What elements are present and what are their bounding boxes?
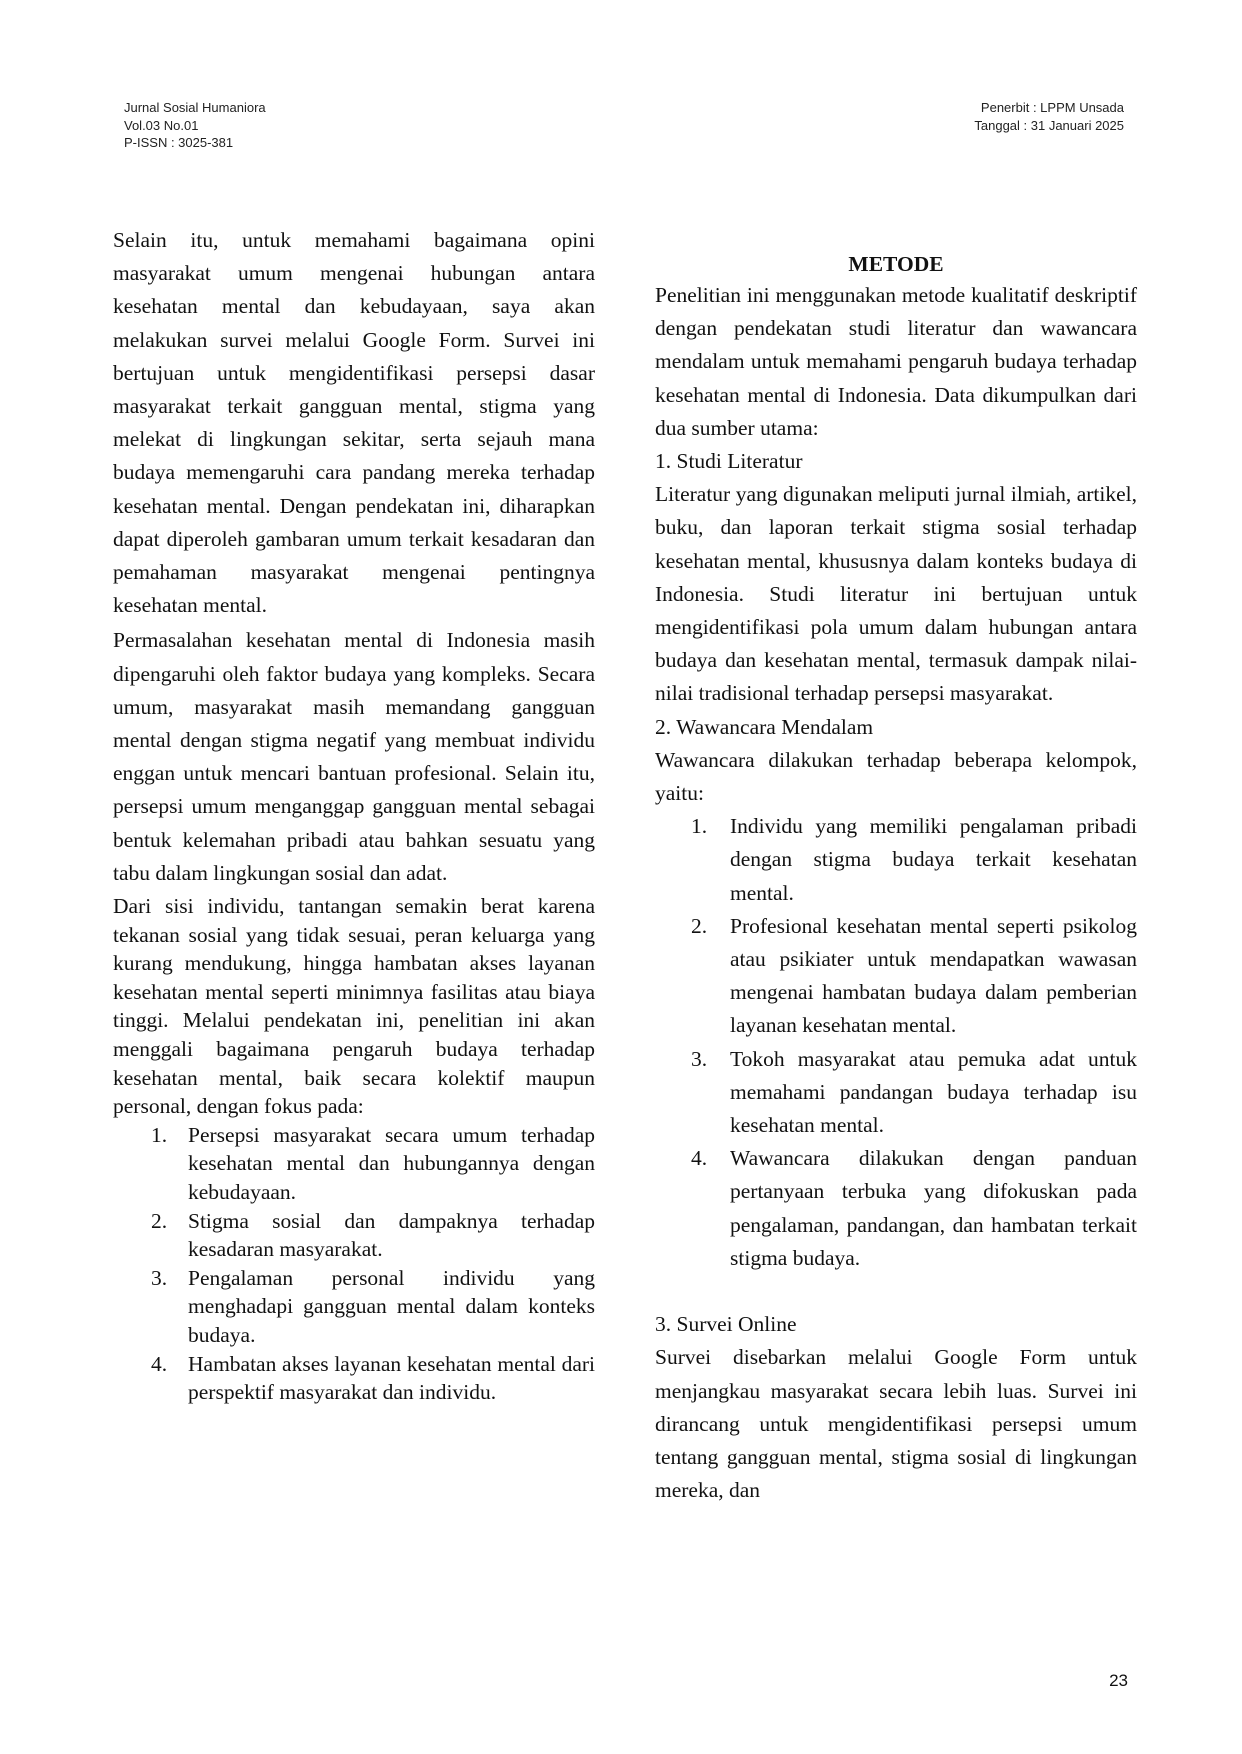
paragraph-wawancara: Wawancara dilakukan terhadap beberapa ke… — [655, 744, 1137, 810]
interview-list: 1. Individu yang memiliki pengalaman pri… — [655, 810, 1137, 1275]
interview-list-item: 1. Individu yang memiliki pengalaman pri… — [655, 810, 1137, 910]
journal-header-right: Penerbit : LPPM Unsada Tanggal : 31 Janu… — [974, 99, 1124, 134]
paragraph-studi-literatur: Literatur yang digunakan meliputi jurnal… — [655, 478, 1137, 710]
paragraph-problem: Permasalahan kesehatan mental di Indones… — [113, 624, 595, 890]
focus-list-item: 1. Persepsi masyarakat secara umum terha… — [113, 1121, 595, 1207]
subheading-wawancara: 2. Wawancara Mendalam — [655, 711, 1137, 744]
left-column: Selain itu, untuk memahami bagaimana opi… — [113, 224, 595, 1407]
focus-list-item: 3. Pengalaman personal individu yang men… — [113, 1264, 595, 1350]
focus-list: 1. Persepsi masyarakat secara umum terha… — [113, 1121, 595, 1407]
interview-list-item: 2. Profesional kesehatan mental seperti … — [655, 910, 1137, 1043]
journal-publisher: Penerbit : LPPM Unsada — [974, 99, 1124, 117]
right-column: METODE Penelitian ini menggunakan metode… — [655, 249, 1137, 1507]
interview-list-item: 3. Tokoh masyarakat atau pemuka adat unt… — [655, 1043, 1137, 1143]
section-heading-metode: METODE — [655, 249, 1137, 279]
paragraph-survey-intro: Selain itu, untuk memahami bagaimana opi… — [113, 224, 595, 622]
journal-name: Jurnal Sosial Humaniora — [124, 99, 266, 117]
journal-issn: P-ISSN : 3025-381 — [124, 134, 266, 152]
journal-header-left: Jurnal Sosial Humaniora Vol.03 No.01 P-I… — [124, 99, 266, 152]
subheading-survei: 3. Survei Online — [655, 1308, 1137, 1341]
journal-volume: Vol.03 No.01 — [124, 117, 266, 135]
focus-list-item: 4. Hambatan akses layanan kesehatan ment… — [113, 1350, 595, 1407]
subheading-studi-literatur: 1. Studi Literatur — [655, 445, 1137, 478]
paragraph-survei: Survei disebarkan melalui Google Form un… — [655, 1341, 1137, 1507]
spacer — [655, 1275, 1137, 1308]
page-number: 23 — [1109, 1671, 1128, 1691]
focus-list-item: 2. Stigma sosial dan dampaknya terhadap … — [113, 1207, 595, 1264]
paragraph-individual: Dari sisi individu, tantangan semakin be… — [113, 892, 595, 1121]
paragraph-method-intro: Penelitian ini menggunakan metode kualit… — [655, 279, 1137, 445]
interview-list-item: 4. Wawancara dilakukan dengan panduan pe… — [655, 1142, 1137, 1275]
journal-date: Tanggal : 31 Januari 2025 — [974, 117, 1124, 135]
